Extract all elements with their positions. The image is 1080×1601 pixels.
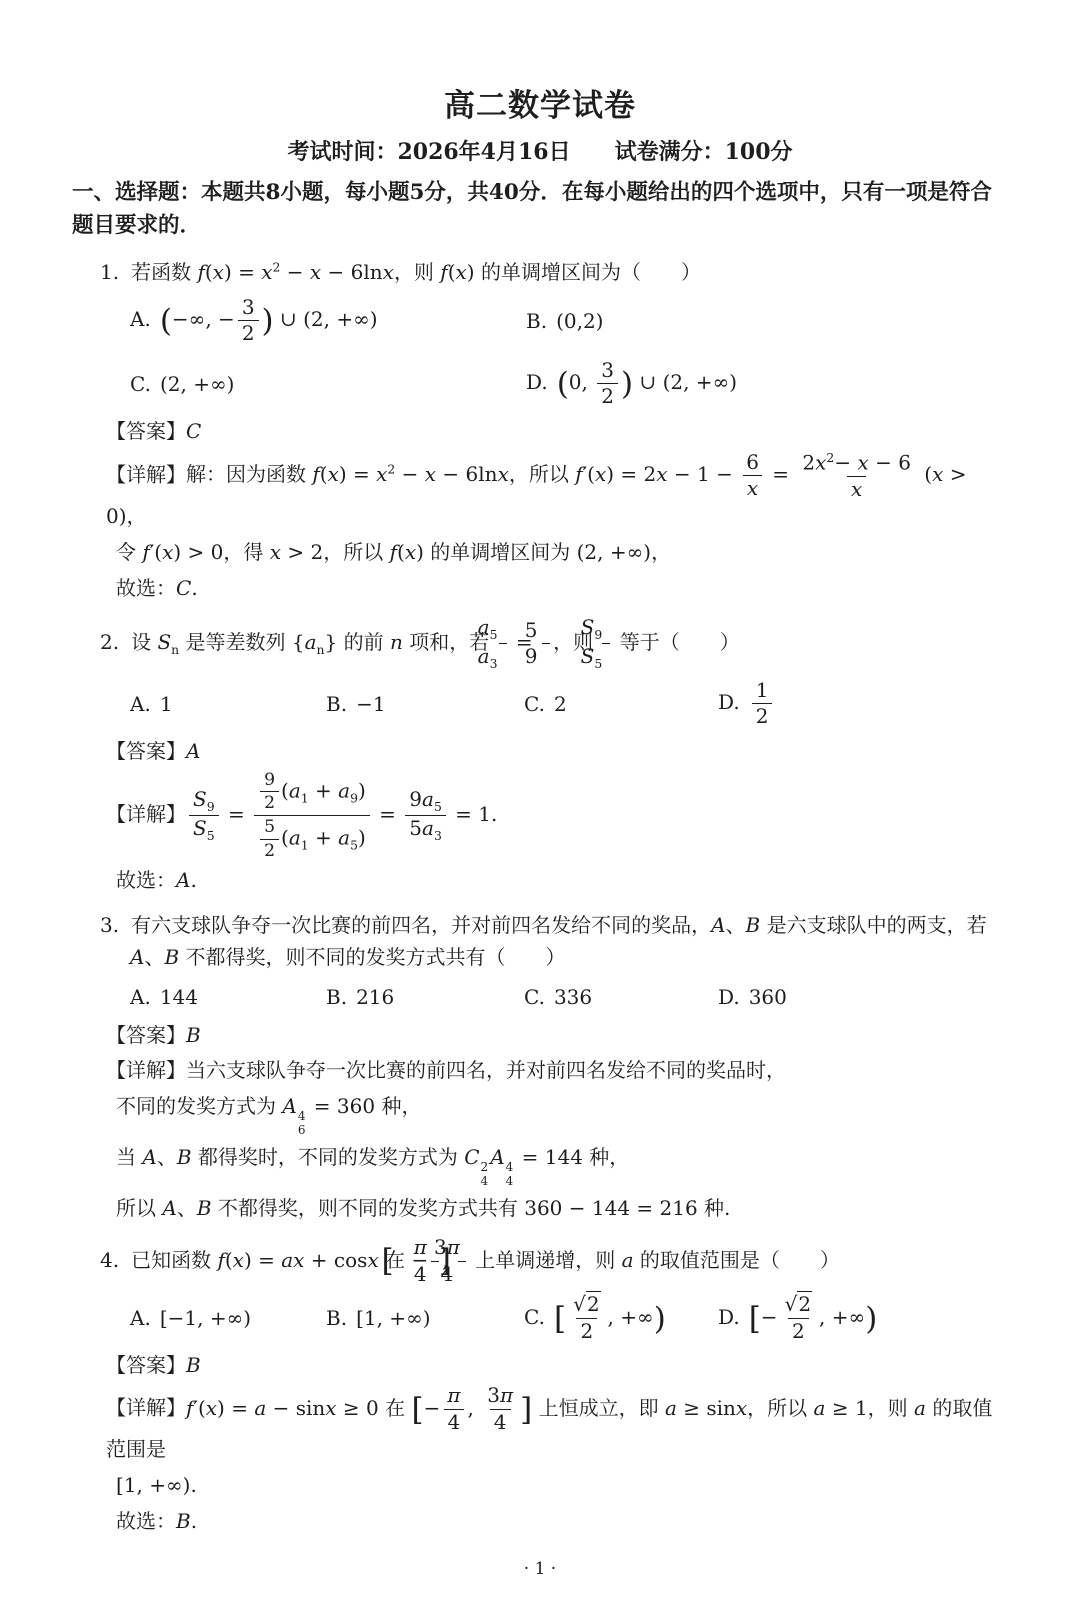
option-c: C.[√22, +∞) bbox=[524, 1294, 718, 1342]
math-fraction: 52 bbox=[260, 818, 279, 860]
math-var: x bbox=[656, 462, 667, 486]
page-number: · 1 · bbox=[72, 1537, 1008, 1585]
math-stacked-script: 46 bbox=[298, 1109, 306, 1137]
math-var: x bbox=[932, 462, 943, 486]
math-subscript: 5 bbox=[207, 828, 215, 843]
math-var: x bbox=[328, 462, 339, 486]
explain-label: 【详解】 bbox=[106, 802, 186, 826]
math-subscript: n bbox=[317, 642, 325, 657]
option-label: D. bbox=[526, 370, 548, 394]
math-stacked-script: 44 bbox=[506, 1160, 514, 1188]
solution-line: 令 f′(x) > 0，得 x > 2，所以 f(x) 的单调增区间为 (2, … bbox=[116, 537, 1008, 568]
math-var: a bbox=[422, 816, 434, 840]
explain-label: 【详解】 bbox=[106, 1396, 186, 1420]
math-var: f bbox=[440, 260, 447, 284]
option-a: A.144 bbox=[130, 982, 326, 1012]
math-var: a bbox=[814, 1396, 826, 1420]
math-fraction: 92(a1 + a9)52(a1 + a5) bbox=[254, 771, 370, 860]
question-number: 3. bbox=[100, 913, 119, 937]
math-subscript: 5 bbox=[594, 656, 602, 671]
math-delimiter: ) bbox=[865, 1306, 877, 1332]
solution-line: 【详解】当六支球队争夺一次比赛的前四名，并对前四名发给不同的奖品时， bbox=[106, 1055, 1008, 1086]
answer-label: 【答案】 bbox=[106, 739, 186, 763]
math-var: x bbox=[405, 540, 416, 564]
options-list: A.144 B.216 C.336 D.360 bbox=[130, 982, 1008, 1012]
math-var: x bbox=[857, 451, 868, 475]
math-var: B bbox=[746, 913, 761, 937]
question-stem: 1.若函数 f(x) = x2 − x − 6lnx，则 f(x) 的单调增区间… bbox=[100, 256, 1008, 288]
option-content: [−1, +∞) bbox=[160, 1306, 251, 1330]
options-list: A.[−1, +∞) B.[1, +∞) C.[√22, +∞) D.[−√22… bbox=[130, 1294, 1008, 1342]
solution-line: 【详解】解：因为函数 f(x) = x2 − x − 6lnx，所以 f′(x)… bbox=[106, 451, 1008, 532]
answer-label: 【答案】 bbox=[106, 419, 186, 443]
math-var: a bbox=[622, 1248, 634, 1272]
math-fraction: 3π4 bbox=[483, 1385, 517, 1433]
math-var: f bbox=[217, 1248, 224, 1272]
option-b: B.−1 bbox=[326, 689, 524, 719]
math-var: x bbox=[261, 260, 272, 284]
option-content: (2, +∞) bbox=[160, 372, 234, 396]
math-subscript: 3 bbox=[434, 828, 442, 843]
math-var: x bbox=[851, 477, 862, 501]
explain-label: 【详解】 bbox=[106, 462, 186, 486]
option-label: C. bbox=[130, 372, 151, 396]
option-content: (−∞, −32) ∪ (2, +∞) bbox=[160, 307, 378, 331]
option-b: B.[1, +∞) bbox=[326, 1303, 524, 1333]
question-stem: 3.有六支球队争夺一次比赛的前四名，并对前四名发给不同的奖品，A、B 是六支球队… bbox=[100, 909, 1008, 973]
exam-page: 高二数学试卷 考试时间：2026年4月16日 试卷满分：100分 一、选择题：本… bbox=[0, 0, 1080, 1601]
math-var: A bbox=[130, 945, 144, 969]
question-stem-text: 设 Sn 是等差数列 {an} 的前 n 项和，若 a5a3 = 59，则 S9… bbox=[131, 630, 740, 654]
math-var: x bbox=[498, 462, 509, 486]
math-fraction: 12 bbox=[752, 680, 773, 728]
option-label: D. bbox=[718, 985, 740, 1009]
math-subscript: 9 bbox=[207, 799, 215, 814]
answer-line: 【答案】B bbox=[106, 1351, 1008, 1380]
solution-line: 故选：A. bbox=[116, 865, 1008, 896]
solution-line: 故选：B. bbox=[116, 1506, 1008, 1537]
options-list: A.1 B.−1 C.2 D.12 bbox=[130, 680, 1008, 728]
option-content: 2 bbox=[554, 692, 567, 716]
question-3: 3.有六支球队争夺一次比赛的前四名，并对前四名发给不同的奖品，A、B 是六支球队… bbox=[100, 909, 1008, 1224]
option-content: −1 bbox=[356, 692, 385, 716]
option-label: A. bbox=[130, 1306, 151, 1330]
math-stacked-script: 24 bbox=[481, 1160, 489, 1188]
solution-line: 所以 A、B 不都得奖，则不同的发奖方式共有 360 − 144 = 216 种… bbox=[116, 1193, 1008, 1224]
solution: 【详解】解：因为函数 f(x) = x2 − x − 6lnx，所以 f′(x)… bbox=[100, 451, 1008, 604]
math-var: f bbox=[197, 260, 204, 284]
math-var: f bbox=[312, 462, 319, 486]
option-label: B. bbox=[326, 692, 347, 716]
math-var: a bbox=[281, 1248, 293, 1272]
answer-line: 【答案】C bbox=[106, 417, 1008, 446]
page-title: 高二数学试卷 bbox=[72, 80, 1008, 125]
math-var: x bbox=[213, 260, 224, 284]
question-4: 4.已知函数 f(x) = ax + cosx 在 [−π4, 3π4] 上单调… bbox=[100, 1237, 1008, 1537]
math-var: B bbox=[176, 1509, 191, 1533]
option-c: C.336 bbox=[524, 982, 718, 1012]
option-content: [1, +∞) bbox=[356, 1306, 430, 1330]
math-subscript: 1 bbox=[301, 790, 309, 805]
math-fraction: 32 bbox=[597, 360, 618, 408]
math-var: S bbox=[581, 615, 595, 639]
math-var: a bbox=[289, 778, 301, 802]
math-subscript: 3 bbox=[490, 656, 498, 671]
option-content: (0,2) bbox=[556, 309, 603, 333]
math-var: a bbox=[478, 615, 490, 639]
math-fraction: √22 bbox=[781, 1294, 816, 1342]
solution-line: 不同的发奖方式为 A46 = 360 种， bbox=[116, 1091, 1008, 1137]
math-var: π bbox=[500, 1383, 513, 1407]
math-delimiter: [ bbox=[749, 1306, 761, 1332]
solution-line: 【详解】S9S5 = 92(a1 + a9)52(a1 + a5) = 9a55… bbox=[106, 771, 1008, 860]
math-var: x bbox=[456, 260, 467, 284]
option-content: [√22, +∞) bbox=[554, 1305, 666, 1329]
math-var: x bbox=[233, 1248, 244, 1272]
math-fraction: 3π4 bbox=[458, 1237, 466, 1285]
math-var: x bbox=[325, 1396, 336, 1420]
math-fraction: 92 bbox=[260, 771, 279, 813]
option-b: B.216 bbox=[326, 982, 524, 1012]
math-var: a bbox=[289, 826, 301, 850]
math-var: S bbox=[193, 816, 207, 840]
math-var: a bbox=[422, 787, 434, 811]
math-var: π bbox=[414, 1235, 427, 1259]
math-superscript: 2 bbox=[273, 259, 281, 274]
solution: 【详解】f′(x) = a − sinx ≥ 0 在 [−π4, 3π4] 上恒… bbox=[100, 1385, 1008, 1536]
math-var: x bbox=[815, 451, 826, 475]
solution: 【详解】当六支球队争夺一次比赛的前四名，并对前四名发给不同的奖品时， 不同的发奖… bbox=[100, 1055, 1008, 1224]
math-fraction: √22 bbox=[569, 1294, 604, 1342]
option-content: 144 bbox=[160, 985, 198, 1009]
option-label: D. bbox=[718, 1305, 740, 1329]
option-label: A. bbox=[130, 985, 151, 1009]
math-var: B bbox=[177, 1145, 192, 1169]
math-fraction: S9S5 bbox=[189, 789, 219, 843]
math-var: x bbox=[376, 462, 387, 486]
math-var: C bbox=[176, 576, 191, 600]
math-var: π bbox=[447, 1383, 460, 1407]
math-sqrt: √2 bbox=[785, 1291, 812, 1316]
math-var: a bbox=[254, 1396, 266, 1420]
math-var: a bbox=[338, 826, 350, 850]
math-var: A bbox=[162, 1196, 176, 1220]
math-subscript: 5 bbox=[434, 799, 442, 814]
answer-line: 【答案】A bbox=[106, 737, 1008, 766]
question-stem: 2.设 Sn 是等差数列 {an} 的前 n 项和，若 a5a3 = 59，则 … bbox=[100, 617, 1008, 671]
option-label: A. bbox=[130, 307, 151, 331]
math-fraction: a5a3 bbox=[499, 617, 507, 671]
math-fraction: 59 bbox=[542, 620, 550, 668]
math-var: A bbox=[490, 1145, 504, 1169]
option-c: C.2 bbox=[524, 689, 718, 719]
math-var: x bbox=[162, 540, 173, 564]
math-var: x bbox=[747, 476, 758, 500]
math-var: f bbox=[186, 1396, 193, 1420]
solution-text: 当六支球队争夺一次比赛的前四名，并对前四名发给不同的奖品时， bbox=[186, 1058, 786, 1082]
answer-label: 【答案】 bbox=[106, 1023, 186, 1047]
math-subscript: 1 bbox=[301, 838, 309, 853]
option-content: (0, 32) ∪ (2, +∞) bbox=[557, 370, 737, 394]
solution: 【详解】S9S5 = 92(a1 + a9)52(a1 + a5) = 9a55… bbox=[100, 771, 1008, 896]
option-d: D.(0, 32) ∪ (2, +∞) bbox=[526, 360, 1008, 408]
math-delimiter: [ bbox=[411, 1397, 423, 1423]
option-content: 1 bbox=[160, 692, 173, 716]
option-label: D. bbox=[718, 690, 740, 714]
math-sqrt: √2 bbox=[573, 1291, 600, 1316]
answer-line: 【答案】B bbox=[106, 1021, 1008, 1050]
answer-letter: B bbox=[186, 1353, 201, 1377]
math-subscript: 9 bbox=[350, 790, 358, 805]
math-var: A bbox=[282, 1094, 296, 1118]
math-var: a bbox=[305, 630, 317, 654]
option-content: [−√22, +∞) bbox=[749, 1305, 878, 1329]
question-number: 4. bbox=[100, 1248, 119, 1272]
solution-text: 解：因为函数 f(x) = x2 − x − 6lnx，所以 f′(x) = 2… bbox=[106, 462, 967, 527]
option-label: B. bbox=[326, 1306, 347, 1330]
math-fraction: S9S5 bbox=[602, 617, 610, 671]
option-label: B. bbox=[326, 985, 347, 1009]
math-fraction: π4 bbox=[443, 1385, 464, 1433]
option-label: A. bbox=[130, 692, 151, 716]
question-number: 1. bbox=[100, 260, 119, 284]
math-fraction: 32 bbox=[238, 297, 259, 345]
math-fraction: 2x2− x − 6x bbox=[798, 451, 915, 501]
math-var: A bbox=[176, 868, 190, 892]
option-content: 360 bbox=[749, 985, 787, 1009]
math-var: x bbox=[206, 1396, 217, 1420]
math-var: x bbox=[293, 1248, 304, 1272]
option-label: B. bbox=[526, 309, 547, 333]
math-subscript: 5 bbox=[350, 838, 358, 853]
math-var: S bbox=[157, 630, 171, 654]
question-2: 2.设 Sn 是等差数列 {an} 的前 n 项和，若 a5a3 = 59，则 … bbox=[100, 617, 1008, 896]
math-var: a bbox=[914, 1396, 926, 1420]
math-var: B bbox=[197, 1196, 212, 1220]
math-subscript: 5 bbox=[490, 627, 498, 642]
answer-letter: C bbox=[186, 419, 201, 443]
options-list: A.(−∞, −32) ∪ (2, +∞) B.(0,2) C.(2, +∞) … bbox=[130, 297, 1008, 408]
math-superscript: 2 bbox=[826, 450, 834, 465]
math-var: f bbox=[575, 462, 582, 486]
math-var: S bbox=[581, 644, 595, 668]
solution-line: 当 A、B 都得奖时，不同的发奖方式为 C24A44 = 144 种， bbox=[116, 1142, 1008, 1188]
math-var: f bbox=[142, 540, 149, 564]
option-d: D.[−√22, +∞) bbox=[718, 1294, 1008, 1342]
math-delimiter: ) bbox=[654, 1306, 666, 1332]
question-1: 1.若函数 f(x) = x2 − x − 6lnx，则 f(x) 的单调增区间… bbox=[100, 256, 1008, 604]
math-var: x bbox=[736, 1396, 747, 1420]
math-var: x bbox=[367, 1248, 378, 1272]
answer-letter: B bbox=[186, 1023, 201, 1047]
exam-meta: 考试时间：2026年4月16日 试卷满分：100分 bbox=[72, 135, 1008, 166]
option-d: D.12 bbox=[718, 680, 1008, 728]
solution-text: S9S5 = 92(a1 + a9)52(a1 + a5) = 9a55a3 =… bbox=[186, 802, 497, 826]
math-delimiter: ( bbox=[557, 371, 569, 397]
math-var: a bbox=[478, 644, 490, 668]
option-label: C. bbox=[524, 1305, 545, 1329]
math-delimiter: ) bbox=[621, 371, 633, 397]
math-var: x bbox=[425, 462, 436, 486]
option-a: A.(−∞, −32) ∪ (2, +∞) bbox=[130, 297, 526, 345]
option-c: C.(2, +∞) bbox=[130, 369, 526, 399]
math-var: a bbox=[338, 778, 350, 802]
math-delimiter: [ bbox=[554, 1306, 566, 1332]
option-content: 216 bbox=[356, 985, 394, 1009]
math-var: x bbox=[310, 260, 321, 284]
math-var: C bbox=[464, 1145, 479, 1169]
question-stem-text: 若函数 f(x) = x2 − x − 6lnx，则 f(x) 的单调增区间为（… bbox=[131, 260, 701, 284]
math-var: S bbox=[193, 787, 207, 811]
math-superscript: 2 bbox=[387, 462, 395, 477]
question-number: 2. bbox=[100, 630, 119, 654]
question-stem-text: 已知函数 f(x) = ax + cosx 在 [−π4, 3π4] 上单调递增… bbox=[131, 1248, 840, 1272]
math-var: n bbox=[390, 630, 403, 654]
explain-label: 【详解】 bbox=[106, 1058, 186, 1082]
math-delimiter: ) bbox=[262, 308, 274, 334]
solution-line: 【详解】f′(x) = a − sinx ≥ 0 在 [−π4, 3π4] 上恒… bbox=[106, 1385, 1008, 1464]
math-var: a bbox=[665, 1396, 677, 1420]
math-var: x bbox=[270, 540, 281, 564]
option-label: C. bbox=[524, 692, 545, 716]
math-var: f bbox=[390, 540, 397, 564]
option-a: A.[−1, +∞) bbox=[130, 1303, 326, 1333]
option-content: 336 bbox=[554, 985, 592, 1009]
option-a: A.1 bbox=[130, 689, 326, 719]
section-heading: 一、选择题：本题共8小题，每小题5分，共40分．在每小题给出的四个选项中，只有一… bbox=[72, 176, 1008, 243]
math-var: x bbox=[383, 260, 394, 284]
math-fraction: 9a55a3 bbox=[405, 789, 446, 843]
answer-label: 【答案】 bbox=[106, 1353, 186, 1377]
math-var: B bbox=[164, 945, 179, 969]
solution-line: [1, +∞). bbox=[116, 1470, 1008, 1501]
math-fraction: 6x bbox=[742, 452, 763, 500]
math-delimiter: ( bbox=[160, 308, 172, 334]
option-d: D.360 bbox=[718, 982, 1008, 1012]
option-label: C. bbox=[524, 985, 545, 1009]
option-b: B.(0,2) bbox=[526, 306, 1008, 336]
solution-line: 故选：C. bbox=[116, 573, 1008, 604]
solution-text: f′(x) = a − sinx ≥ 0 在 [−π4, 3π4] 上恒成立，即… bbox=[106, 1396, 992, 1461]
answer-letter: A bbox=[186, 739, 200, 763]
math-subscript: n bbox=[171, 642, 179, 657]
question-stem: 4.已知函数 f(x) = ax + cosx 在 [−π4, 3π4] 上单调… bbox=[100, 1237, 1008, 1285]
math-subscript: 9 bbox=[594, 627, 602, 642]
option-content: 12 bbox=[749, 690, 776, 714]
math-var: A bbox=[142, 1145, 156, 1169]
math-delimiter: ] bbox=[520, 1397, 532, 1423]
question-stem-text: 有六支球队争夺一次比赛的前四名，并对前四名发给不同的奖品，A、B 是六支球队中的… bbox=[130, 913, 987, 969]
math-var: A bbox=[711, 913, 725, 937]
math-var: x bbox=[595, 462, 606, 486]
